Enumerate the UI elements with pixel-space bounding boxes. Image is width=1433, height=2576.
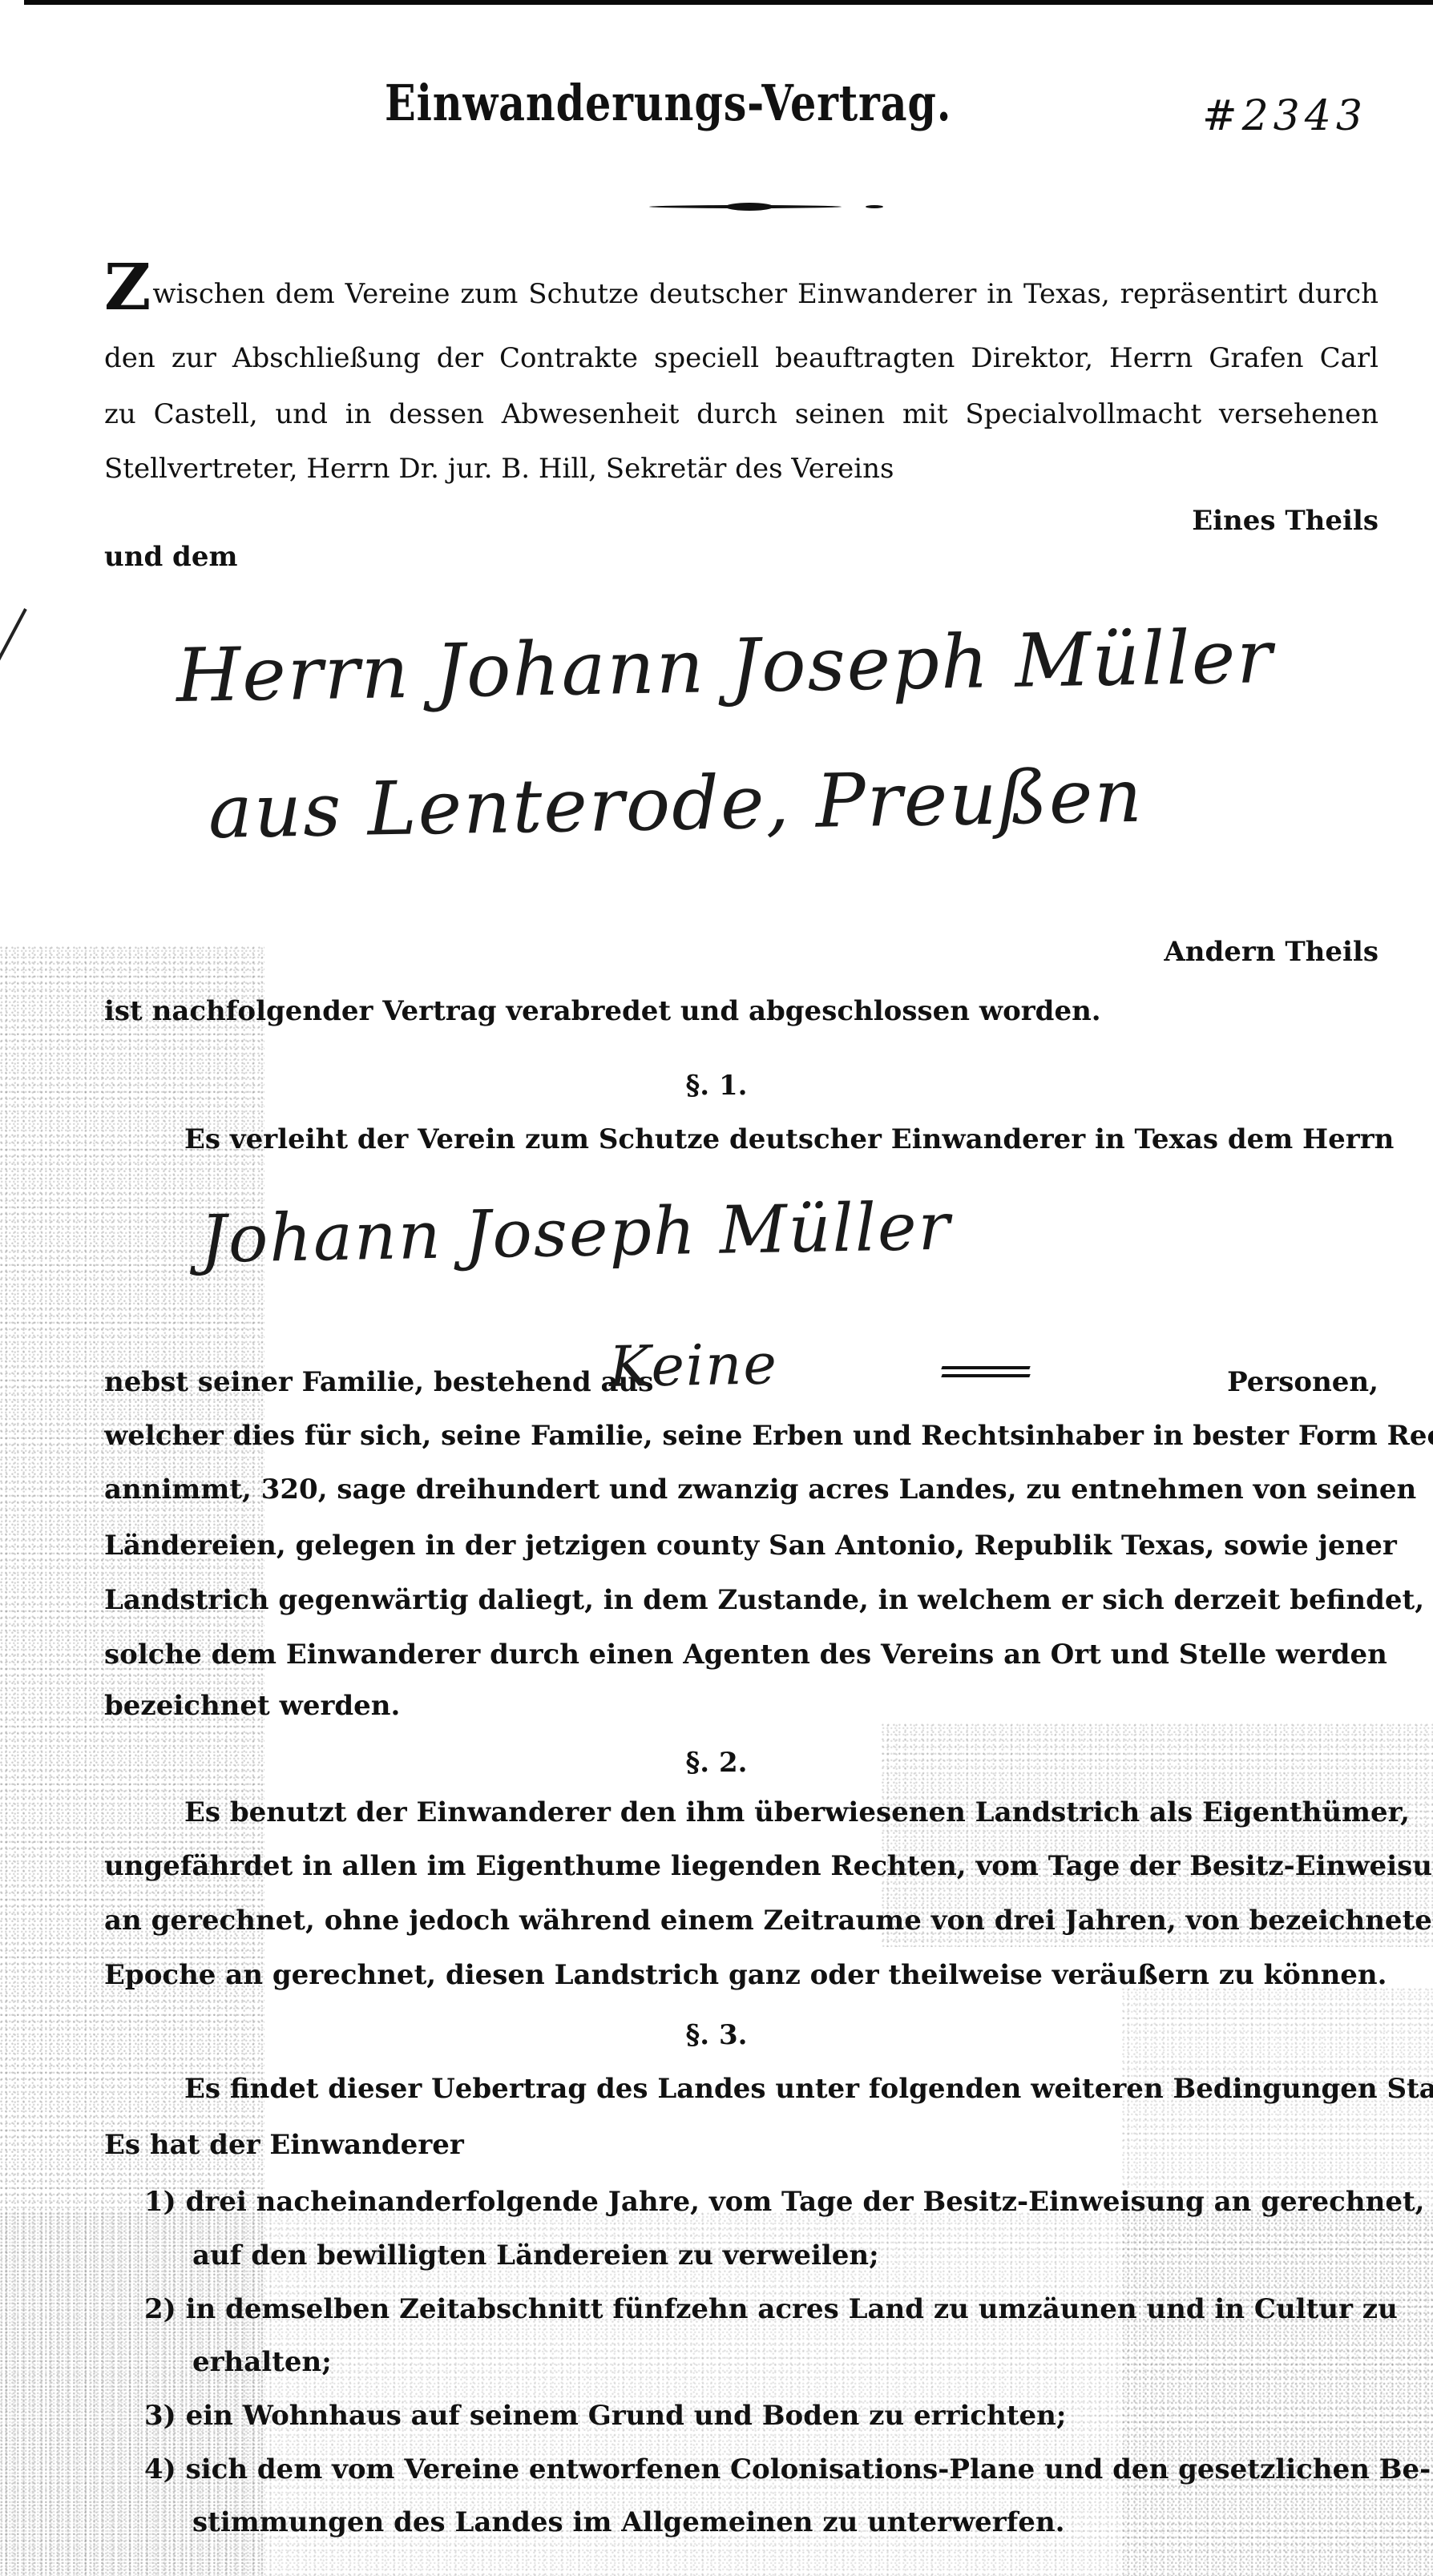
handwritten-dash	[942, 1366, 1030, 1381]
preamble-line: Zwischen dem Vereine zum Schutze deutsch…	[104, 280, 1379, 308]
section-1-line: annimmt, 320, sage dreihundert und zwanz…	[104, 1476, 1379, 1503]
and-label: und dem	[104, 543, 345, 570]
condition-3: 3) ein Wohnhaus auf seinem Grund und Bod…	[144, 2400, 1066, 2432]
handwritten-party-name: Herrn Johann Joseph Müller	[176, 614, 1274, 719]
section-2-heading: §. 2.	[0, 1747, 1433, 1779]
party-one-label: Eines Theils	[1192, 505, 1379, 537]
section-2-line: ungefährdet in allen im Eigenthume liege…	[104, 1852, 1379, 1880]
condition-1-continued: auf den bewilligten Ländereien zu verwei…	[192, 2239, 879, 2272]
section-2-line: Epoche an gerechnet, diesen Landstrich g…	[104, 1961, 1146, 1989]
drop-cap: Z	[104, 249, 151, 325]
section-1-line: bezeichnet werden.	[104, 1692, 425, 1719]
section-1-line: Landstrich gegenwärtig daliegt, in dem Z…	[104, 1586, 1379, 1614]
section-1-line: Personen,	[1227, 1366, 1379, 1398]
condition-number: 1)	[144, 2186, 176, 2218]
party-two-label: Andern Theils	[1164, 936, 1379, 968]
condition-1: 1) drei nacheinanderfolgende Jahre, vom …	[144, 2186, 1425, 2218]
section-2-line: an gerechnet, ohne jedoch während einem …	[104, 1907, 1379, 1934]
condition-number: 4)	[144, 2453, 176, 2485]
preamble-line: zu Castell, und in dessen Abwesenheit du…	[104, 401, 1379, 428]
document-title: Einwanderungs-Vertrag.	[385, 74, 951, 132]
agreement-line: ist nachfolgender Vertrag verabredet und…	[104, 998, 986, 1025]
preamble-line: den zur Abschließung der Contrakte speci…	[104, 345, 1379, 372]
ornament-divider-icon	[649, 199, 898, 215]
preamble-line: Stellvertreter, Herrn Dr. jur. B. Hill, …	[104, 455, 906, 482]
condition-2: 2) in demselben Zeitabschnitt fünfzehn a…	[144, 2293, 1398, 2325]
condition-4-continued: stimmungen des Landes im Allgemeinen zu …	[192, 2506, 1065, 2538]
section-1-line: Es verleiht der Verein zum Schutze deuts…	[184, 1126, 1379, 1153]
section-3-line: Es findet dieser Uebertrag des Landes un…	[184, 2075, 1379, 2102]
section-1-line: nebst seiner Familie, bestehend aus	[104, 1366, 653, 1398]
handwritten-family-count: Keine	[608, 1331, 778, 1400]
scan-top-border	[24, 0, 1433, 5]
section-1-line: welcher dies für sich, seine Familie, se…	[104, 1422, 1379, 1449]
section-3-heading: §. 3.	[0, 2019, 1433, 2051]
handwritten-grantee-name: Johann Joseph Müller	[200, 1189, 951, 1278]
document-page: Einwanderungs-Vertrag. #2343 Zwischen de…	[0, 0, 1433, 2576]
handwritten-party-origin: aus Lenterode, Preußen	[208, 753, 1144, 855]
section-1-heading: §. 1.	[0, 1070, 1433, 1102]
section-3-line: Es hat der Einwanderer	[104, 2131, 505, 2159]
handwritten-stroke	[0, 608, 27, 843]
section-2-line: Es benutzt der Einwanderer den ihm überw…	[184, 1799, 1379, 1826]
document-number-annotation: #2343	[1202, 92, 1367, 140]
section-1-line: Ländereien, gelegen in der jetzigen coun…	[104, 1532, 1379, 1559]
condition-number: 3)	[144, 2400, 176, 2432]
condition-4: 4) sich dem vom Vereine entworfenen Colo…	[144, 2453, 1431, 2485]
section-1-line: solche dem Einwanderer durch einen Agent…	[104, 1641, 1379, 1668]
condition-2-continued: erhalten;	[192, 2346, 332, 2378]
condition-number: 2)	[144, 2293, 176, 2325]
